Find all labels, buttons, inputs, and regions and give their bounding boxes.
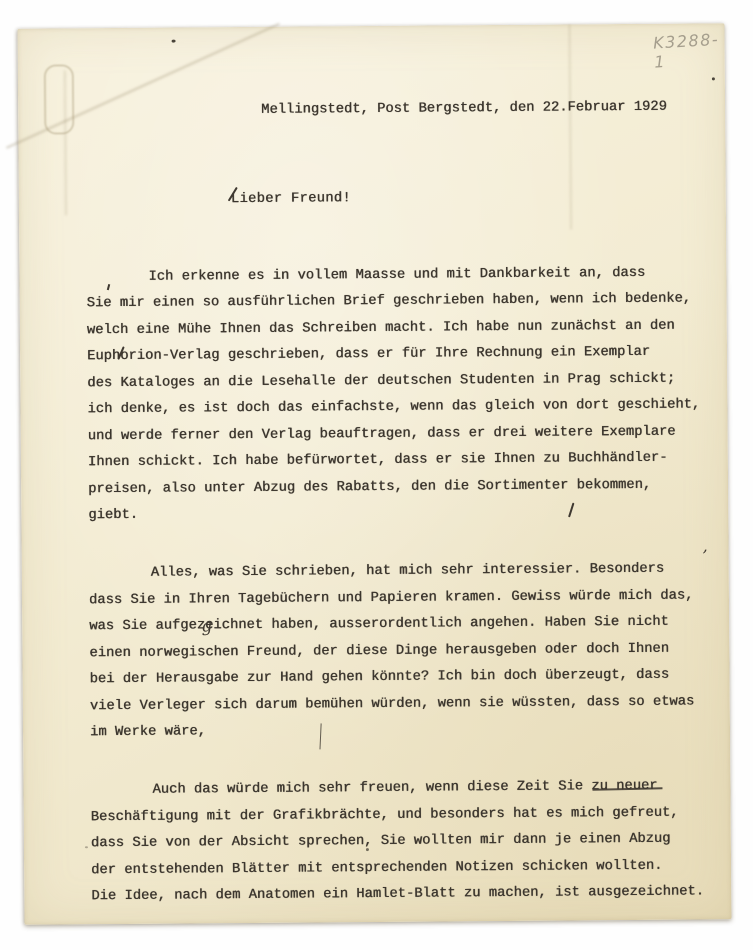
paragraph-2: Alles, was Sie schrieben, hat mich sehr …	[89, 556, 720, 746]
letter-paper: K3288-1 Mellingstedt, Post Bergstedt, de…	[17, 23, 731, 925]
paper-crease-vertical	[568, 24, 572, 229]
ink-speck	[712, 77, 715, 80]
ink-speck	[172, 40, 176, 43]
paperclip-imprint	[44, 64, 75, 134]
ink-speck	[85, 846, 88, 848]
scan-background: K3288-1 Mellingstedt, Post Bergstedt, de…	[0, 0, 753, 950]
handwritten-comma: ,	[703, 536, 708, 555]
archive-number-annotation: K3288-1	[653, 29, 726, 71]
dateline: Mellingstedt, Post Bergstedt, den 22.Feb…	[261, 95, 667, 125]
handwritten-g-correction: g	[200, 616, 212, 637]
paragraph-1: Ich erkenne es in vollem Maasse und mit …	[86, 260, 718, 530]
salutation: Lieber Freund!	[231, 186, 351, 213]
letter-body: Ich erkenne es in vollem Maasse und mit …	[86, 233, 722, 942]
paragraph-3: Auch das würde mich sehr freuen, wenn di…	[90, 773, 721, 910]
